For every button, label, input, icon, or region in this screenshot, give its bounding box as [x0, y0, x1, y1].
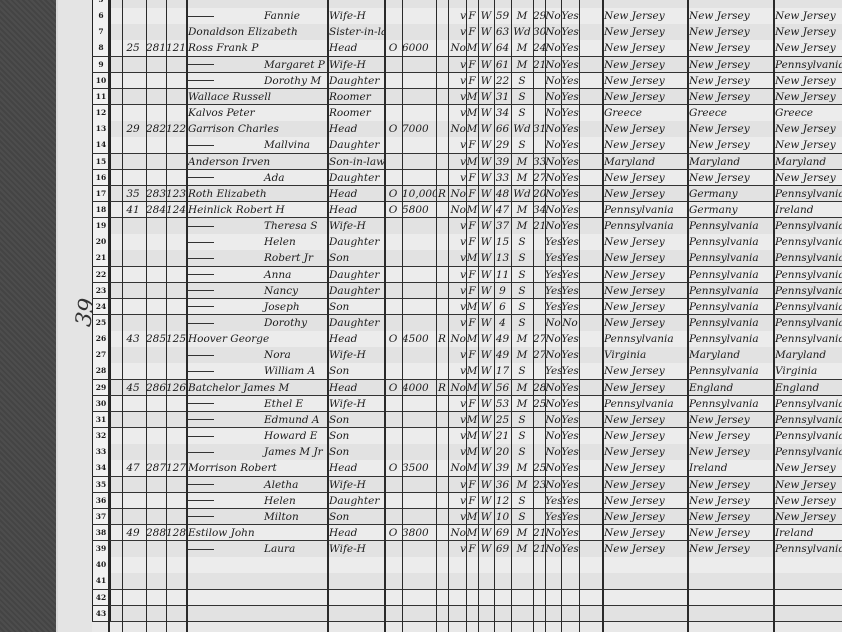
grid-line	[327, 0, 329, 632]
cell-name	[188, 590, 328, 606]
cell-birthplace: New Jersey	[604, 186, 688, 202]
cell-house	[146, 541, 166, 557]
cell-radio	[436, 40, 448, 56]
cell-mother-bp: Ireland	[775, 202, 842, 218]
cell-radio	[436, 428, 448, 444]
cell-mother-bp: Pennsylvania	[775, 267, 842, 283]
cell-farm: No	[448, 460, 466, 476]
cell-age-married: 29	[533, 8, 545, 24]
cell-read: Yes	[561, 299, 579, 315]
cell-birthplace: New Jersey	[604, 89, 688, 105]
cell-age-married: 21	[533, 525, 545, 541]
table-row: 6FannieWife-HvFW59M29NoYesNew JerseyNew …	[92, 8, 842, 25]
cell-dwelling	[122, 218, 144, 234]
cell-farm: v	[448, 396, 466, 412]
cell-farm: v	[448, 444, 466, 460]
cell-house	[146, 170, 166, 186]
cell-read: Yes	[561, 170, 579, 186]
cell-birthplace: New Jersey	[604, 234, 688, 250]
cell-age-married	[533, 606, 545, 622]
cell-relation: Head	[329, 121, 384, 137]
cell-school: No	[545, 315, 561, 331]
cell-owned	[384, 89, 402, 105]
cell-school: Yes	[545, 234, 561, 250]
cell-value: 4000	[402, 380, 436, 396]
cell-farm: v	[448, 154, 466, 170]
cell-farm: v	[448, 170, 466, 186]
cell-age-married: 21	[533, 541, 545, 557]
cell-sex: M	[466, 250, 478, 266]
cell-school: No	[545, 121, 561, 137]
cell-read: Yes	[561, 154, 579, 170]
cell-owned	[384, 477, 402, 493]
cell-name: Anderson Irven	[188, 154, 328, 170]
cell-sex: M	[466, 154, 478, 170]
cell-father-bp: New Jersey	[689, 412, 773, 428]
cell-marital	[511, 0, 533, 8]
cell-farm: v	[448, 250, 466, 266]
cell-age: 17	[494, 363, 511, 379]
cell-age-married	[533, 363, 545, 379]
cell-mother-bp	[775, 573, 842, 589]
cell-read: Yes	[561, 493, 579, 509]
cell-race: W	[478, 444, 494, 460]
cell-owned	[384, 557, 402, 573]
table-row: 1735283123Roth ElizabethHeadO10,000RNoFW…	[92, 186, 842, 203]
grid-line	[533, 0, 534, 632]
cell-birthplace: New Jersey	[604, 460, 688, 476]
cell-radio	[436, 412, 448, 428]
cell-school: Yes	[545, 250, 561, 266]
cell-name: Anna	[188, 267, 328, 283]
cell-age: 4	[494, 315, 511, 331]
table-row: 2945286126Batchelor James MHeadO4000RNoM…	[92, 380, 842, 397]
cell-farm: v	[448, 267, 466, 283]
cell-father-bp: Pennsylvania	[689, 234, 773, 250]
cell-school	[545, 0, 561, 8]
cell-read: Yes	[561, 347, 579, 363]
cell-radio	[436, 267, 448, 283]
table-row: 19Theresa SWife-HvFW37M21NoYesPennsylvan…	[92, 218, 842, 235]
cell-farm: v	[448, 73, 466, 89]
cell-house	[146, 24, 166, 40]
cell-race: W	[478, 412, 494, 428]
cell-dwelling: 45	[122, 380, 144, 396]
cell-value	[402, 299, 436, 315]
cell-family	[166, 24, 186, 40]
cell-mother-bp: Pennsylvania	[775, 299, 842, 315]
ditto-dash	[188, 290, 214, 291]
cell-age-married	[533, 234, 545, 250]
cell-birthplace	[604, 606, 688, 622]
cell-birthplace: Pennsylvania	[604, 396, 688, 412]
cell-marital: M	[511, 347, 533, 363]
cell-read: Yes	[561, 363, 579, 379]
cell-relation: Wife-H	[329, 57, 384, 73]
cell-relation: Son-in-law	[329, 154, 384, 170]
cell-age: 34	[494, 105, 511, 121]
cell-dwelling	[122, 412, 144, 428]
cell-marital: S	[511, 509, 533, 525]
cell-school: No	[545, 412, 561, 428]
cell-school	[545, 557, 561, 573]
cell-family	[166, 493, 186, 509]
cell-marital	[511, 557, 533, 573]
cell-age: 9	[494, 283, 511, 299]
cell-birthplace: Greece	[604, 105, 688, 121]
cell-race: W	[478, 331, 494, 347]
cell-owned	[384, 412, 402, 428]
cell-farm	[448, 557, 466, 573]
cell-age-married	[533, 250, 545, 266]
cell-read: Yes	[561, 89, 579, 105]
cell-relation: Head	[329, 331, 384, 347]
cell-farm: No	[448, 380, 466, 396]
cell-house	[146, 557, 166, 573]
cell-house	[146, 509, 166, 525]
cell-father-bp: New Jersey	[689, 121, 773, 137]
cell-school	[545, 573, 561, 589]
table-row: 31Edmund ASonvMW25SNoYesNew JerseyNew Je…	[92, 412, 842, 429]
cell-school: No	[545, 331, 561, 347]
cell-radio	[436, 557, 448, 573]
cell-house: 284	[146, 202, 166, 218]
cell-race: W	[478, 250, 494, 266]
table-row: 36HelenDaughtervFW12SYesYesNew JerseyNew…	[92, 493, 842, 510]
cell-relation	[329, 606, 384, 622]
cell-family: 123	[166, 186, 186, 202]
cell-dwelling	[122, 299, 144, 315]
cell-race: W	[478, 137, 494, 153]
cell-owned	[384, 283, 402, 299]
cell-father-bp: Germany	[689, 186, 773, 202]
cell-value: 3500	[402, 460, 436, 476]
cell-name: Howard E	[188, 428, 328, 444]
cell-dwelling	[122, 170, 144, 186]
table-row: 20HelenDaughtervFW15SYesYesNew JerseyPen…	[92, 234, 842, 251]
cell-family	[166, 541, 186, 557]
cell-birthplace: New Jersey	[604, 493, 688, 509]
cell-father-bp: Greece	[689, 105, 773, 121]
cell-dwelling	[122, 315, 144, 331]
cell-father-bp: Maryland	[689, 154, 773, 170]
cell-sex: M	[466, 380, 478, 396]
cell-read	[561, 590, 579, 606]
cell-sex: M	[466, 428, 478, 444]
cell-house	[146, 154, 166, 170]
cell-read: Yes	[561, 509, 579, 525]
cell-school: No	[545, 525, 561, 541]
cell-farm: v	[448, 299, 466, 315]
cell-mother-bp: New Jersey	[775, 8, 842, 24]
ditto-dash	[188, 145, 214, 146]
cell-father-bp: New Jersey	[689, 493, 773, 509]
cell-age: 69	[494, 525, 511, 541]
cell-school: Yes	[545, 267, 561, 283]
given-name: James M Jr	[224, 446, 323, 458]
cell-name: Dorothy	[188, 315, 328, 331]
cell-family: 127	[166, 460, 186, 476]
cell-age-married	[533, 137, 545, 153]
cell-dwelling	[122, 137, 144, 153]
cell-read: Yes	[561, 250, 579, 266]
cell-relation: Daughter	[329, 267, 384, 283]
cell-school: No	[545, 89, 561, 105]
cell-marital: M	[511, 57, 533, 73]
cell-school: Yes	[545, 363, 561, 379]
cell-marital: M	[511, 40, 533, 56]
cell-farm: v	[448, 477, 466, 493]
grid-line	[146, 0, 147, 632]
cell-value	[402, 509, 436, 525]
cell-sex: F	[466, 8, 478, 24]
cell-mother-bp: New Jersey	[775, 89, 842, 105]
cell-age-married: 23	[533, 477, 545, 493]
cell-relation: Wife-H	[329, 8, 384, 24]
cell-school: Yes	[545, 493, 561, 509]
cell-farm: No	[448, 202, 466, 218]
ditto-dash	[188, 64, 214, 65]
cell-father-bp: Pennsylvania	[689, 299, 773, 315]
cell-value	[402, 557, 436, 573]
cell-value: 5800	[402, 202, 436, 218]
cell-house	[146, 73, 166, 89]
cell-read	[561, 0, 579, 8]
given-name: Nancy	[224, 285, 298, 297]
ditto-dash	[188, 516, 214, 517]
ditto-dash	[188, 323, 214, 324]
grid-line	[494, 0, 495, 632]
cell-age-married	[533, 590, 545, 606]
cell-value	[402, 412, 436, 428]
cell-house	[146, 283, 166, 299]
cell-race: W	[478, 73, 494, 89]
cell-value	[402, 283, 436, 299]
cell-race: W	[478, 267, 494, 283]
table-row: 7Donaldson ElizabethSister-in-lawvFW63Wd…	[92, 24, 842, 41]
cell-name: Milton	[188, 509, 328, 525]
cell-house	[146, 363, 166, 379]
ditto-dash	[188, 371, 214, 372]
census-sheet: 56FannieWife-HvFW59M29NoYesNew JerseyNew…	[92, 0, 842, 632]
cell-marital: S	[511, 105, 533, 121]
cell-school: No	[545, 137, 561, 153]
cell-race: W	[478, 154, 494, 170]
given-name: Ada	[224, 172, 285, 184]
cell-marital: S	[511, 137, 533, 153]
cell-farm: v	[448, 428, 466, 444]
cell-race	[478, 590, 494, 606]
cell-age: 10	[494, 509, 511, 525]
cell-relation: Wife-H	[329, 347, 384, 363]
cell-mother-bp	[775, 0, 842, 8]
cell-race: W	[478, 315, 494, 331]
cell-dwelling	[122, 493, 144, 509]
cell-relation: Daughter	[329, 234, 384, 250]
cell-father-bp: Pennsylvania	[689, 218, 773, 234]
cell-age: 15	[494, 234, 511, 250]
cell-age-married: 28	[533, 380, 545, 396]
cell-radio	[436, 73, 448, 89]
grid-line	[511, 0, 512, 632]
cell-race: W	[478, 89, 494, 105]
cell-family: 124	[166, 202, 186, 218]
cell-house	[146, 412, 166, 428]
cell-age	[494, 590, 511, 606]
ditto-dash	[188, 549, 214, 550]
cell-value	[402, 73, 436, 89]
cell-sex: F	[466, 24, 478, 40]
cell-marital: M	[511, 170, 533, 186]
cell-race	[478, 0, 494, 8]
cell-dwelling	[122, 267, 144, 283]
cell-sex	[466, 0, 478, 8]
cell-name: James M Jr	[188, 444, 328, 460]
cell-family: 125	[166, 331, 186, 347]
cell-school: No	[545, 73, 561, 89]
table-row: 21Robert JrSonvMW13SYesYesNew JerseyPenn…	[92, 250, 842, 267]
given-name: Anna	[224, 269, 291, 281]
cell-read: Yes	[561, 8, 579, 24]
cell-mother-bp: Pennsylvania	[775, 186, 842, 202]
cell-mother-bp: New Jersey	[775, 493, 842, 509]
cell-farm	[448, 0, 466, 8]
cell-birthplace: New Jersey	[604, 170, 688, 186]
cell-dwelling	[122, 0, 144, 8]
cell-relation	[329, 0, 384, 8]
cell-owned	[384, 299, 402, 315]
cell-birthplace: New Jersey	[604, 509, 688, 525]
cell-age: 6	[494, 299, 511, 315]
cell-birthplace	[604, 557, 688, 573]
grid-line	[545, 0, 546, 632]
cell-farm: No	[448, 331, 466, 347]
given-name: Laura	[224, 543, 295, 555]
cell-family	[166, 315, 186, 331]
cell-family	[166, 428, 186, 444]
cell-value	[402, 347, 436, 363]
cell-race: W	[478, 460, 494, 476]
cell-read: Yes	[561, 105, 579, 121]
cell-family: 128	[166, 525, 186, 541]
cell-father-bp: Pennsylvania	[689, 315, 773, 331]
cell-race: W	[478, 363, 494, 379]
cell-mother-bp	[775, 606, 842, 622]
cell-father-bp: New Jersey	[689, 170, 773, 186]
cell-marital: M	[511, 460, 533, 476]
cell-radio	[436, 444, 448, 460]
cell-radio	[436, 590, 448, 606]
cell-dwelling: 41	[122, 202, 144, 218]
cell-marital: M	[511, 202, 533, 218]
cell-owned	[384, 363, 402, 379]
cell-owned	[384, 57, 402, 73]
cell-radio	[436, 0, 448, 8]
cell-value	[402, 267, 436, 283]
cell-race	[478, 606, 494, 622]
cell-house: 286	[146, 380, 166, 396]
cell-birthplace: Virginia	[604, 347, 688, 363]
table-row: 9Margaret PWife-HvFW61M21NoYesNew Jersey…	[92, 57, 842, 74]
cell-marital: S	[511, 493, 533, 509]
cell-family	[166, 557, 186, 573]
cell-radio	[436, 525, 448, 541]
cell-age: 47	[494, 202, 511, 218]
cell-owned: O	[384, 331, 402, 347]
cell-relation: Wife-H	[329, 396, 384, 412]
cell-age: 37	[494, 218, 511, 234]
cell-family	[166, 137, 186, 153]
cell-school: No	[545, 347, 561, 363]
cell-marital: S	[511, 299, 533, 315]
cell-relation: Son	[329, 428, 384, 444]
cell-age-married: 20	[533, 186, 545, 202]
cell-read: Yes	[561, 460, 579, 476]
cell-family	[166, 606, 186, 622]
given-name: Howard E	[224, 430, 317, 442]
cell-relation: Wife-H	[329, 477, 384, 493]
cell-sex: M	[466, 509, 478, 525]
cell-race: W	[478, 234, 494, 250]
cell-house	[146, 590, 166, 606]
cell-race: W	[478, 170, 494, 186]
cell-dwelling	[122, 573, 144, 589]
cell-radio	[436, 57, 448, 73]
ditto-dash	[188, 355, 214, 356]
cell-radio	[436, 347, 448, 363]
cell-father-bp: New Jersey	[689, 8, 773, 24]
cell-house: 281	[146, 40, 166, 56]
cell-marital: M	[511, 154, 533, 170]
cell-family	[166, 8, 186, 24]
cell-marital: Wd	[511, 24, 533, 40]
cell-race: W	[478, 40, 494, 56]
cell-relation: Son	[329, 299, 384, 315]
cell-dwelling: 49	[122, 525, 144, 541]
cell-owned	[384, 590, 402, 606]
cell-age: 61	[494, 57, 511, 73]
cell-birthplace: New Jersey	[604, 57, 688, 73]
cell-owned	[384, 396, 402, 412]
cell-name: Ada	[188, 170, 328, 186]
ditto-dash	[188, 484, 214, 485]
cell-race: W	[478, 57, 494, 73]
cell-house	[146, 573, 166, 589]
cell-radio	[436, 89, 448, 105]
cell-marital: M	[511, 380, 533, 396]
cell-father-bp: Pennsylvania	[689, 396, 773, 412]
cell-farm: v	[448, 8, 466, 24]
table-row: 27NoraWife-HvFW49M27NoYesVirginiaMarylan…	[92, 347, 842, 364]
cell-marital	[511, 590, 533, 606]
cell-mother-bp: Maryland	[775, 347, 842, 363]
cell-dwelling	[122, 234, 144, 250]
cell-read: Yes	[561, 428, 579, 444]
cell-name: Mallvina	[188, 137, 328, 153]
cell-farm: v	[448, 105, 466, 121]
cell-value	[402, 0, 436, 8]
cell-value	[402, 493, 436, 509]
cell-birthplace: New Jersey	[604, 250, 688, 266]
cell-school: No	[545, 40, 561, 56]
cell-relation: Roomer	[329, 105, 384, 121]
given-name: Milton	[224, 511, 299, 523]
cell-family	[166, 170, 186, 186]
cell-age-married: 21	[533, 218, 545, 234]
cell-birthplace: New Jersey	[604, 24, 688, 40]
cell-value: 7000	[402, 121, 436, 137]
cell-father-bp	[689, 0, 773, 8]
